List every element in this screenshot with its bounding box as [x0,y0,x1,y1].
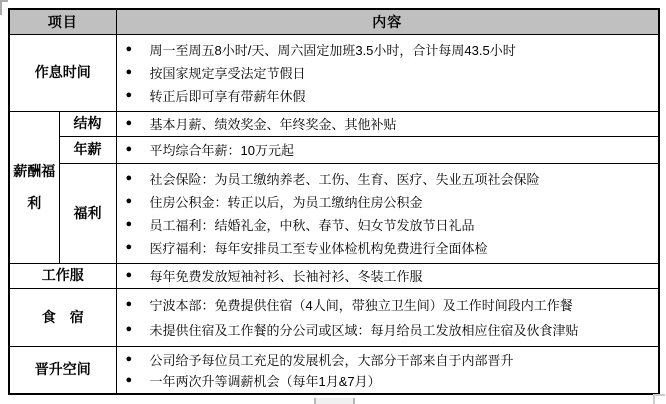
bullet-item: ●宁波本部：免费提供住宿（4人间，带独立卫生间）及工作时间段内工作餐 [126,295,657,314]
bullet-icon: ● [126,196,139,207]
table-row-food-lodging: 食 宿●宁波本部：免费提供住宿（4人间，带独立卫生间）及工作时间段内工作餐●未提… [9,288,659,346]
bullet-item: ●社会保险：为员工缴纳养老、工伤、生育、医疗、失业五项社会保险 [126,169,657,188]
bullet-icon: ● [126,173,139,184]
selection-handle-icon [314,398,355,404]
bullet-item: ●住房公积金：转正以后，为员工缴纳住房公积金 [126,192,657,211]
table-row-annual-salary: 年薪●平均综合年薪：10万元起 [9,136,659,163]
table-move-handle-icon [0,0,8,15]
bullet-text: 平均综合年薪：10万元起 [150,140,294,159]
label-annual-salary: 年薪 [59,136,116,163]
bullet-icon: ● [126,324,139,335]
header-row: 项目 内容 [9,9,659,34]
bullet-item: ●按国家规定享受法定节假日 [126,63,657,82]
label-promotion: 晋升空间 [9,346,116,394]
bullet-icon: ● [126,144,139,155]
table-row-promotion: 晋升空间●公司给予每位员工充足的发展机会，大部分干部来自于内部晋升●一年两次升等… [9,346,659,394]
bullet-icon: ● [126,219,139,230]
bullet-item: ●未提供住宿及工作餐的分公司或区域：每月给员工发放相应住宿及伙食津贴 [126,320,657,339]
label-food-lodging: 食 宿 [9,288,116,346]
bullet-item: ●平均综合年薪：10万元起 [126,140,657,159]
bullet-text: 每年免费发放短袖衬衫、长袖衬衫、冬装工作服 [150,266,423,285]
content-cell: ●宁波本部：免费提供住宿（4人间，带独立卫生间）及工作时间段内工作餐●未提供住宿… [116,288,659,346]
bullet-item: ●医疗福利：每年安排员工至专业体检机构免费进行全面体检 [126,238,657,257]
bullet-text: 按国家规定享受法定节假日 [150,63,306,82]
bullet-item: ●员工福利：结婚礼金，中秋、春节、妇女节发放节日礼品 [126,215,657,234]
bullet-icon: ● [126,270,139,281]
benefits-table: 项目 内容 作息时间●周一至周五8小时/天、周六固定加班3.5小时，合计每周43… [8,8,660,395]
label-salary-benefits: 薪酬福利 [9,111,59,263]
label-work-schedule: 作息时间 [9,34,116,111]
bullet-icon: ● [126,354,139,365]
table-resize-handle-icon [653,394,665,404]
bullet-text: 社会保险：为员工缴纳养老、工伤、生育、医疗、失业五项社会保险 [150,169,540,188]
label-welfare: 福利 [59,163,116,263]
table-row-work-uniform: 工作服●每年免费发放短袖衬衫、长袖衬衫、冬装工作服 [9,263,659,288]
bullet-icon: ● [126,299,139,310]
content-cell: ●社会保险：为员工缴纳养老、工伤、生育、医疗、失业五项社会保险●住房公积金：转正… [116,163,659,263]
bullet-icon: ● [126,44,139,55]
bullet-text: 住房公积金：转正以后，为员工缴纳住房公积金 [150,192,423,211]
bullet-text: 员工福利：结婚礼金，中秋、春节、妇女节发放节日礼品 [150,215,475,234]
bullet-text: 一年两次升等调薪机会（每年1月&7月） [150,371,381,390]
header-col-item: 项目 [9,9,116,34]
bullet-text: 宁波本部：免费提供住宿（4人间，带独立卫生间）及工作时间段内工作餐 [150,295,573,314]
bullet-icon: ● [126,375,139,386]
label-work-uniform: 工作服 [9,263,116,288]
content-cell: ●每年免费发放短袖衬衫、长袖衬衫、冬装工作服 [116,263,659,288]
bullet-text: 转正后即可享有带薪年休假 [150,86,306,105]
content-cell: ●周一至周五8小时/天、周六固定加班3.5小时，合计每周43.5小时●按国家规定… [116,34,659,111]
bullet-item: ●一年两次升等调薪机会（每年1月&7月） [126,371,657,390]
bullet-item: ●基本月薪、绩效奖金、年终奖金、其他补贴 [126,114,657,133]
bullet-icon: ● [126,67,139,78]
bullet-text: 基本月薪、绩效奖金、年终奖金、其他补贴 [150,114,397,133]
bullet-item: ●周一至周五8小时/天、周六固定加班3.5小时，合计每周43.5小时 [126,40,657,59]
content-cell: ●公司给予每位员工充足的发展机会，大部分干部来自于内部晋升●一年两次升等调薪机会… [116,346,659,394]
bullet-icon: ● [126,90,139,101]
table-row-work-schedule: 作息时间●周一至周五8小时/天、周六固定加班3.5小时，合计每周43.5小时●按… [9,34,659,111]
bullet-text: 未提供住宿及工作餐的分公司或区域：每月给员工发放相应住宿及伙食津贴 [150,320,579,339]
bullet-item: ●公司给予每位员工充足的发展机会，大部分干部来自于内部晋升 [126,350,657,369]
bullet-item: ●转正后即可享有带薪年休假 [126,86,657,105]
header-col-content: 内容 [116,9,659,34]
bullet-item: ●每年免费发放短袖衬衫、长袖衬衫、冬装工作服 [126,266,657,285]
table-row-welfare: 福利●社会保险：为员工缴纳养老、工伤、生育、医疗、失业五项社会保险●住房公积金：… [9,163,659,263]
bullet-icon: ● [126,118,139,129]
bullet-icon: ● [126,242,139,253]
bullet-text: 公司给予每位员工充足的发展机会，大部分干部来自于内部晋升 [150,350,514,369]
bullet-text: 医疗福利：每年安排员工至专业体检机构免费进行全面体检 [150,238,488,257]
content-cell: ●平均综合年薪：10万元起 [116,136,659,163]
bullet-text: 周一至周五8小时/天、周六固定加班3.5小时，合计每周43.5小时 [150,40,516,59]
label-salary-structure: 结构 [59,111,116,136]
content-cell: ●基本月薪、绩效奖金、年终奖金、其他补贴 [116,111,659,136]
table-row-salary-structure: 薪酬福利结构●基本月薪、绩效奖金、年终奖金、其他补贴 [9,111,659,136]
